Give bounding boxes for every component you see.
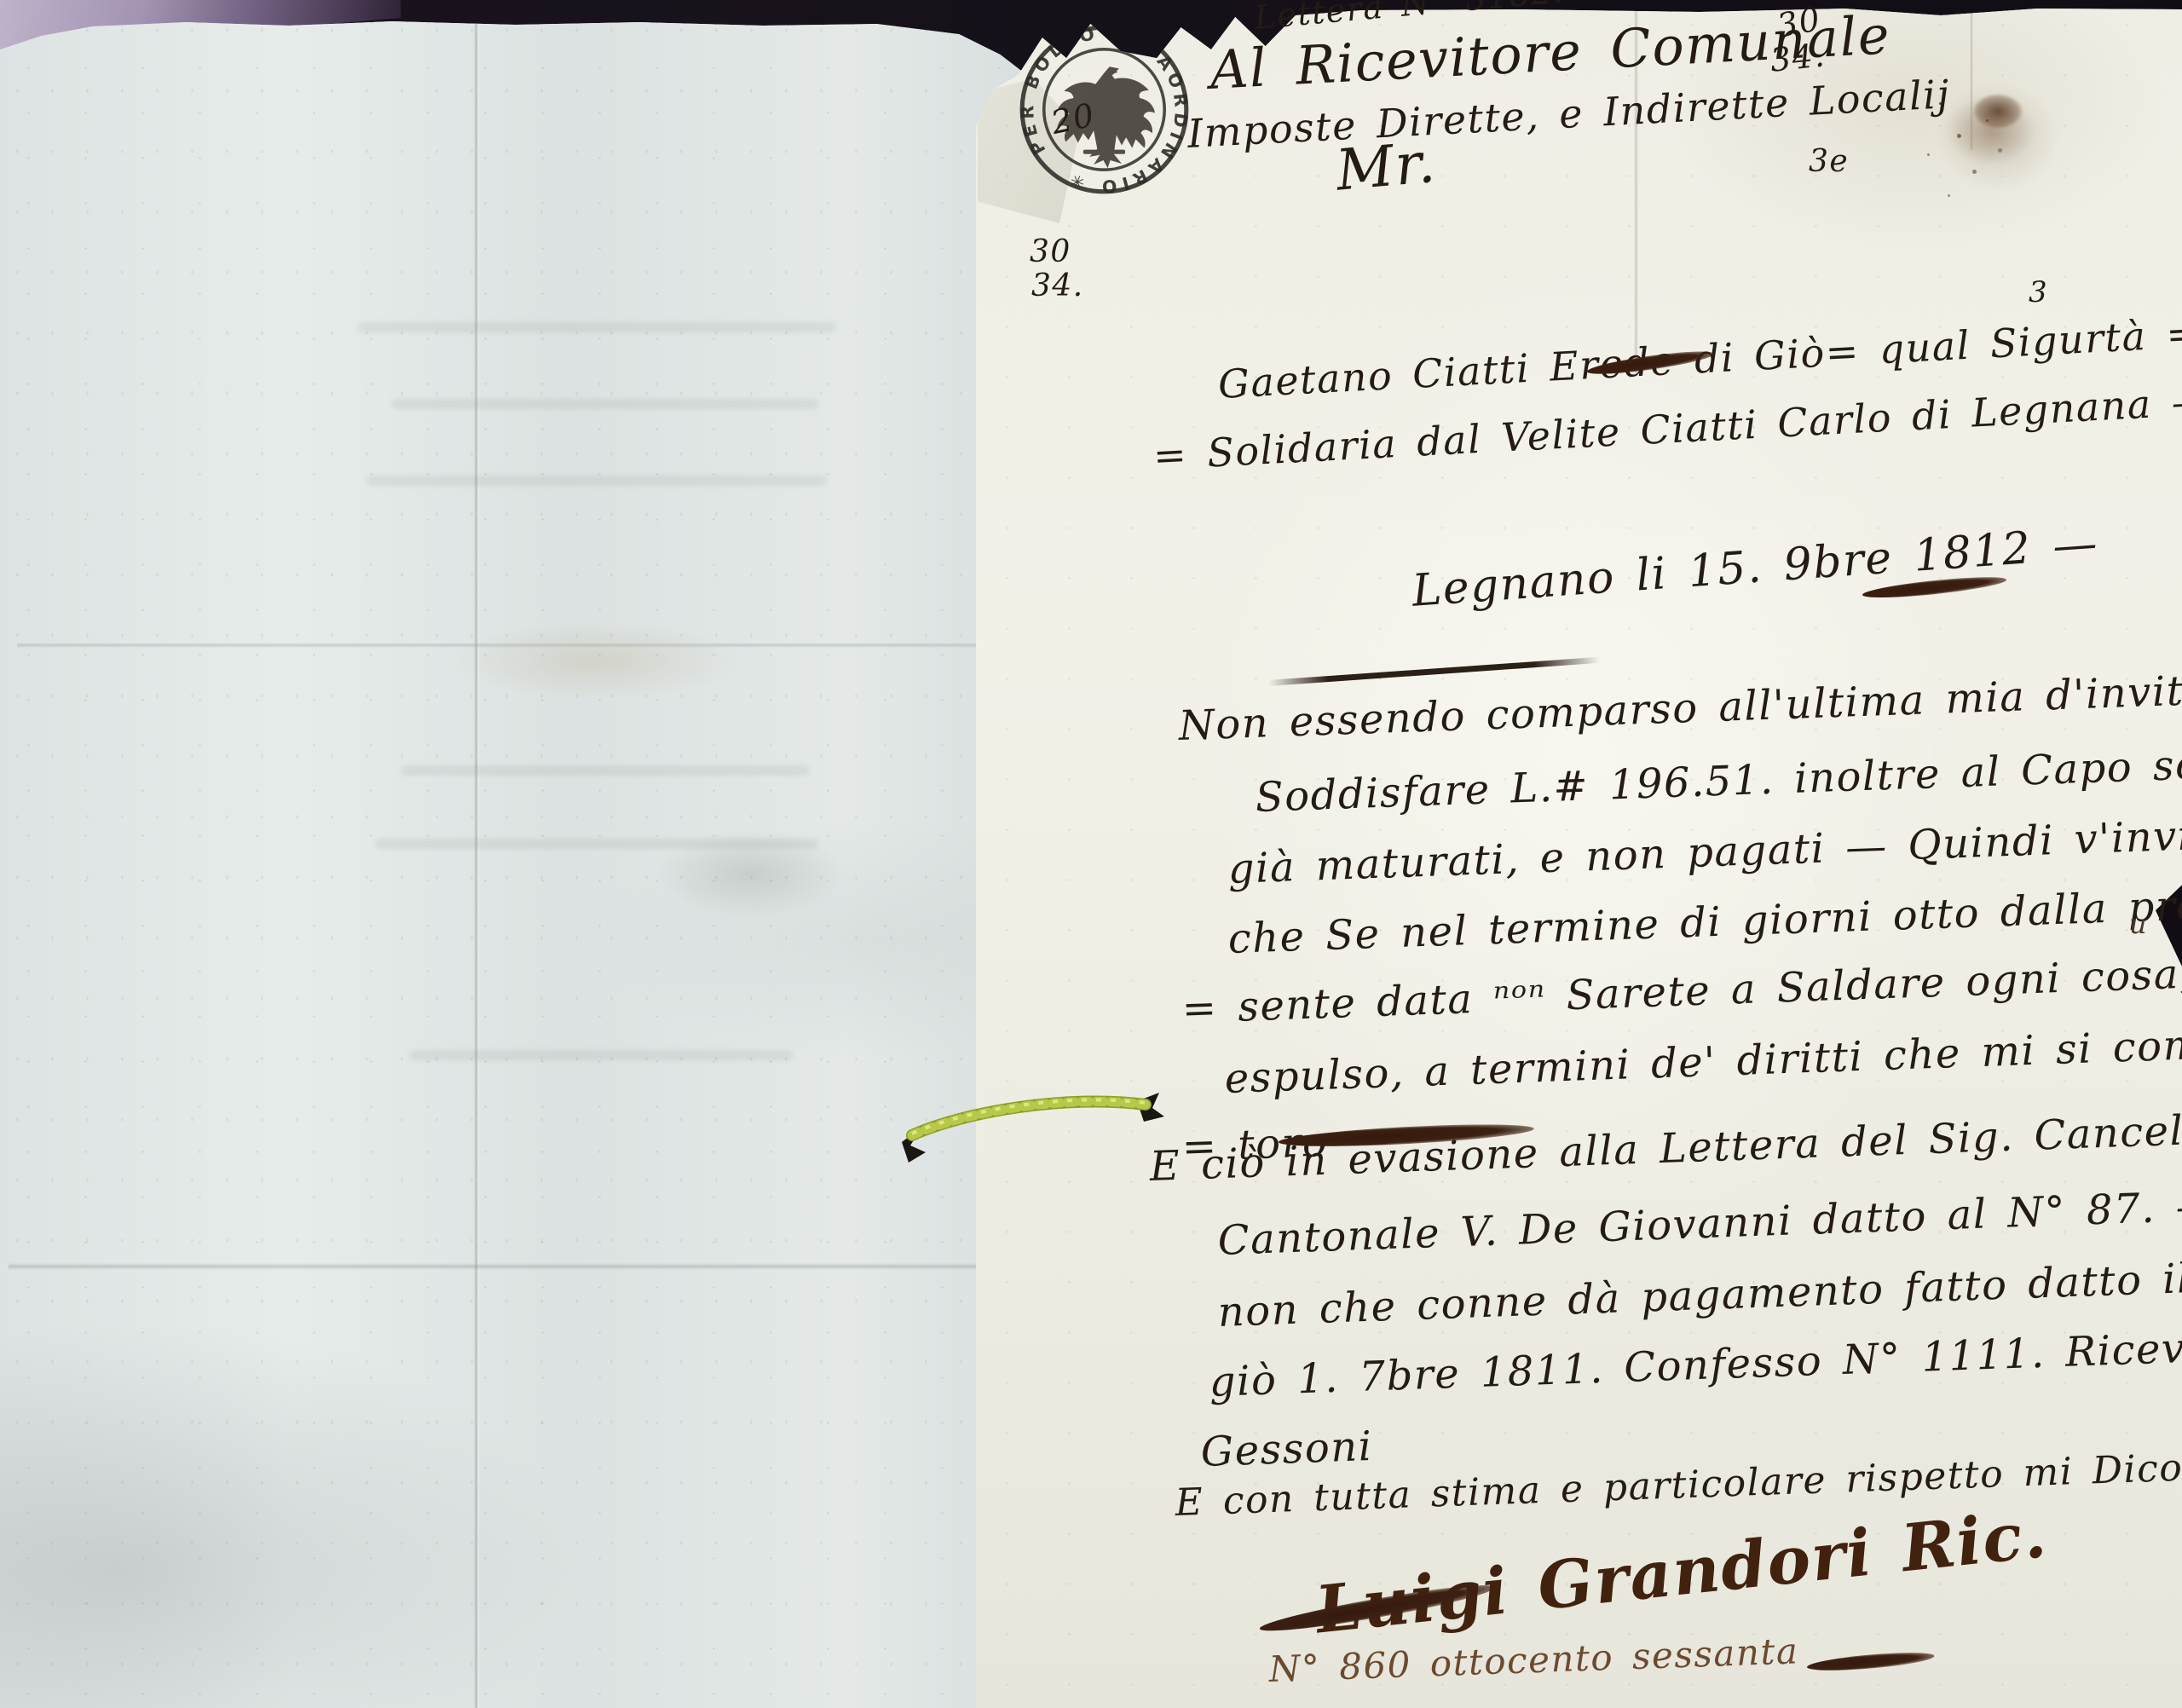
photographed-manuscript: PER BOLLO STRAORDINARIO ✳ Lettera N° 318… (0, 0, 2182, 1708)
right-page: PER BOLLO STRAORDINARIO ✳ (976, 0, 2182, 1708)
left-page-crease (17, 643, 997, 648)
ink-specks (1939, 102, 1942, 105)
torn-paper-flap (978, 78, 1080, 223)
right-page-crease (1970, 5, 1973, 150)
stamp-outer-ring (1022, 27, 1186, 192)
bleed-through-text (358, 322, 835, 332)
right-page-fold-line (1634, 7, 1638, 373)
left-page-fold-line (474, 24, 480, 1708)
stamp-inner-ring (1044, 49, 1164, 170)
stamp-legend-text: PER BOLLO STRAORDINARIO ✳ (1017, 23, 1192, 197)
bleed-through-text (401, 765, 810, 776)
bleed-through-text (392, 399, 818, 409)
binding-thread (897, 1076, 1169, 1186)
ink-blot (1914, 66, 2067, 194)
bleed-through-text (409, 1050, 793, 1060)
bleed-through-text (367, 476, 827, 486)
left-page-crease (9, 1263, 1006, 1270)
bollo-stamp: PER BOLLO STRAORDINARIO ✳ (1017, 22, 1192, 197)
left-page (0, 0, 1031, 1708)
imperial-eagle-icon (1057, 66, 1155, 168)
stamp-legend: PER BOLLO STRAORDINARIO ✳ (1017, 23, 1192, 197)
bleed-through-text (375, 839, 818, 849)
